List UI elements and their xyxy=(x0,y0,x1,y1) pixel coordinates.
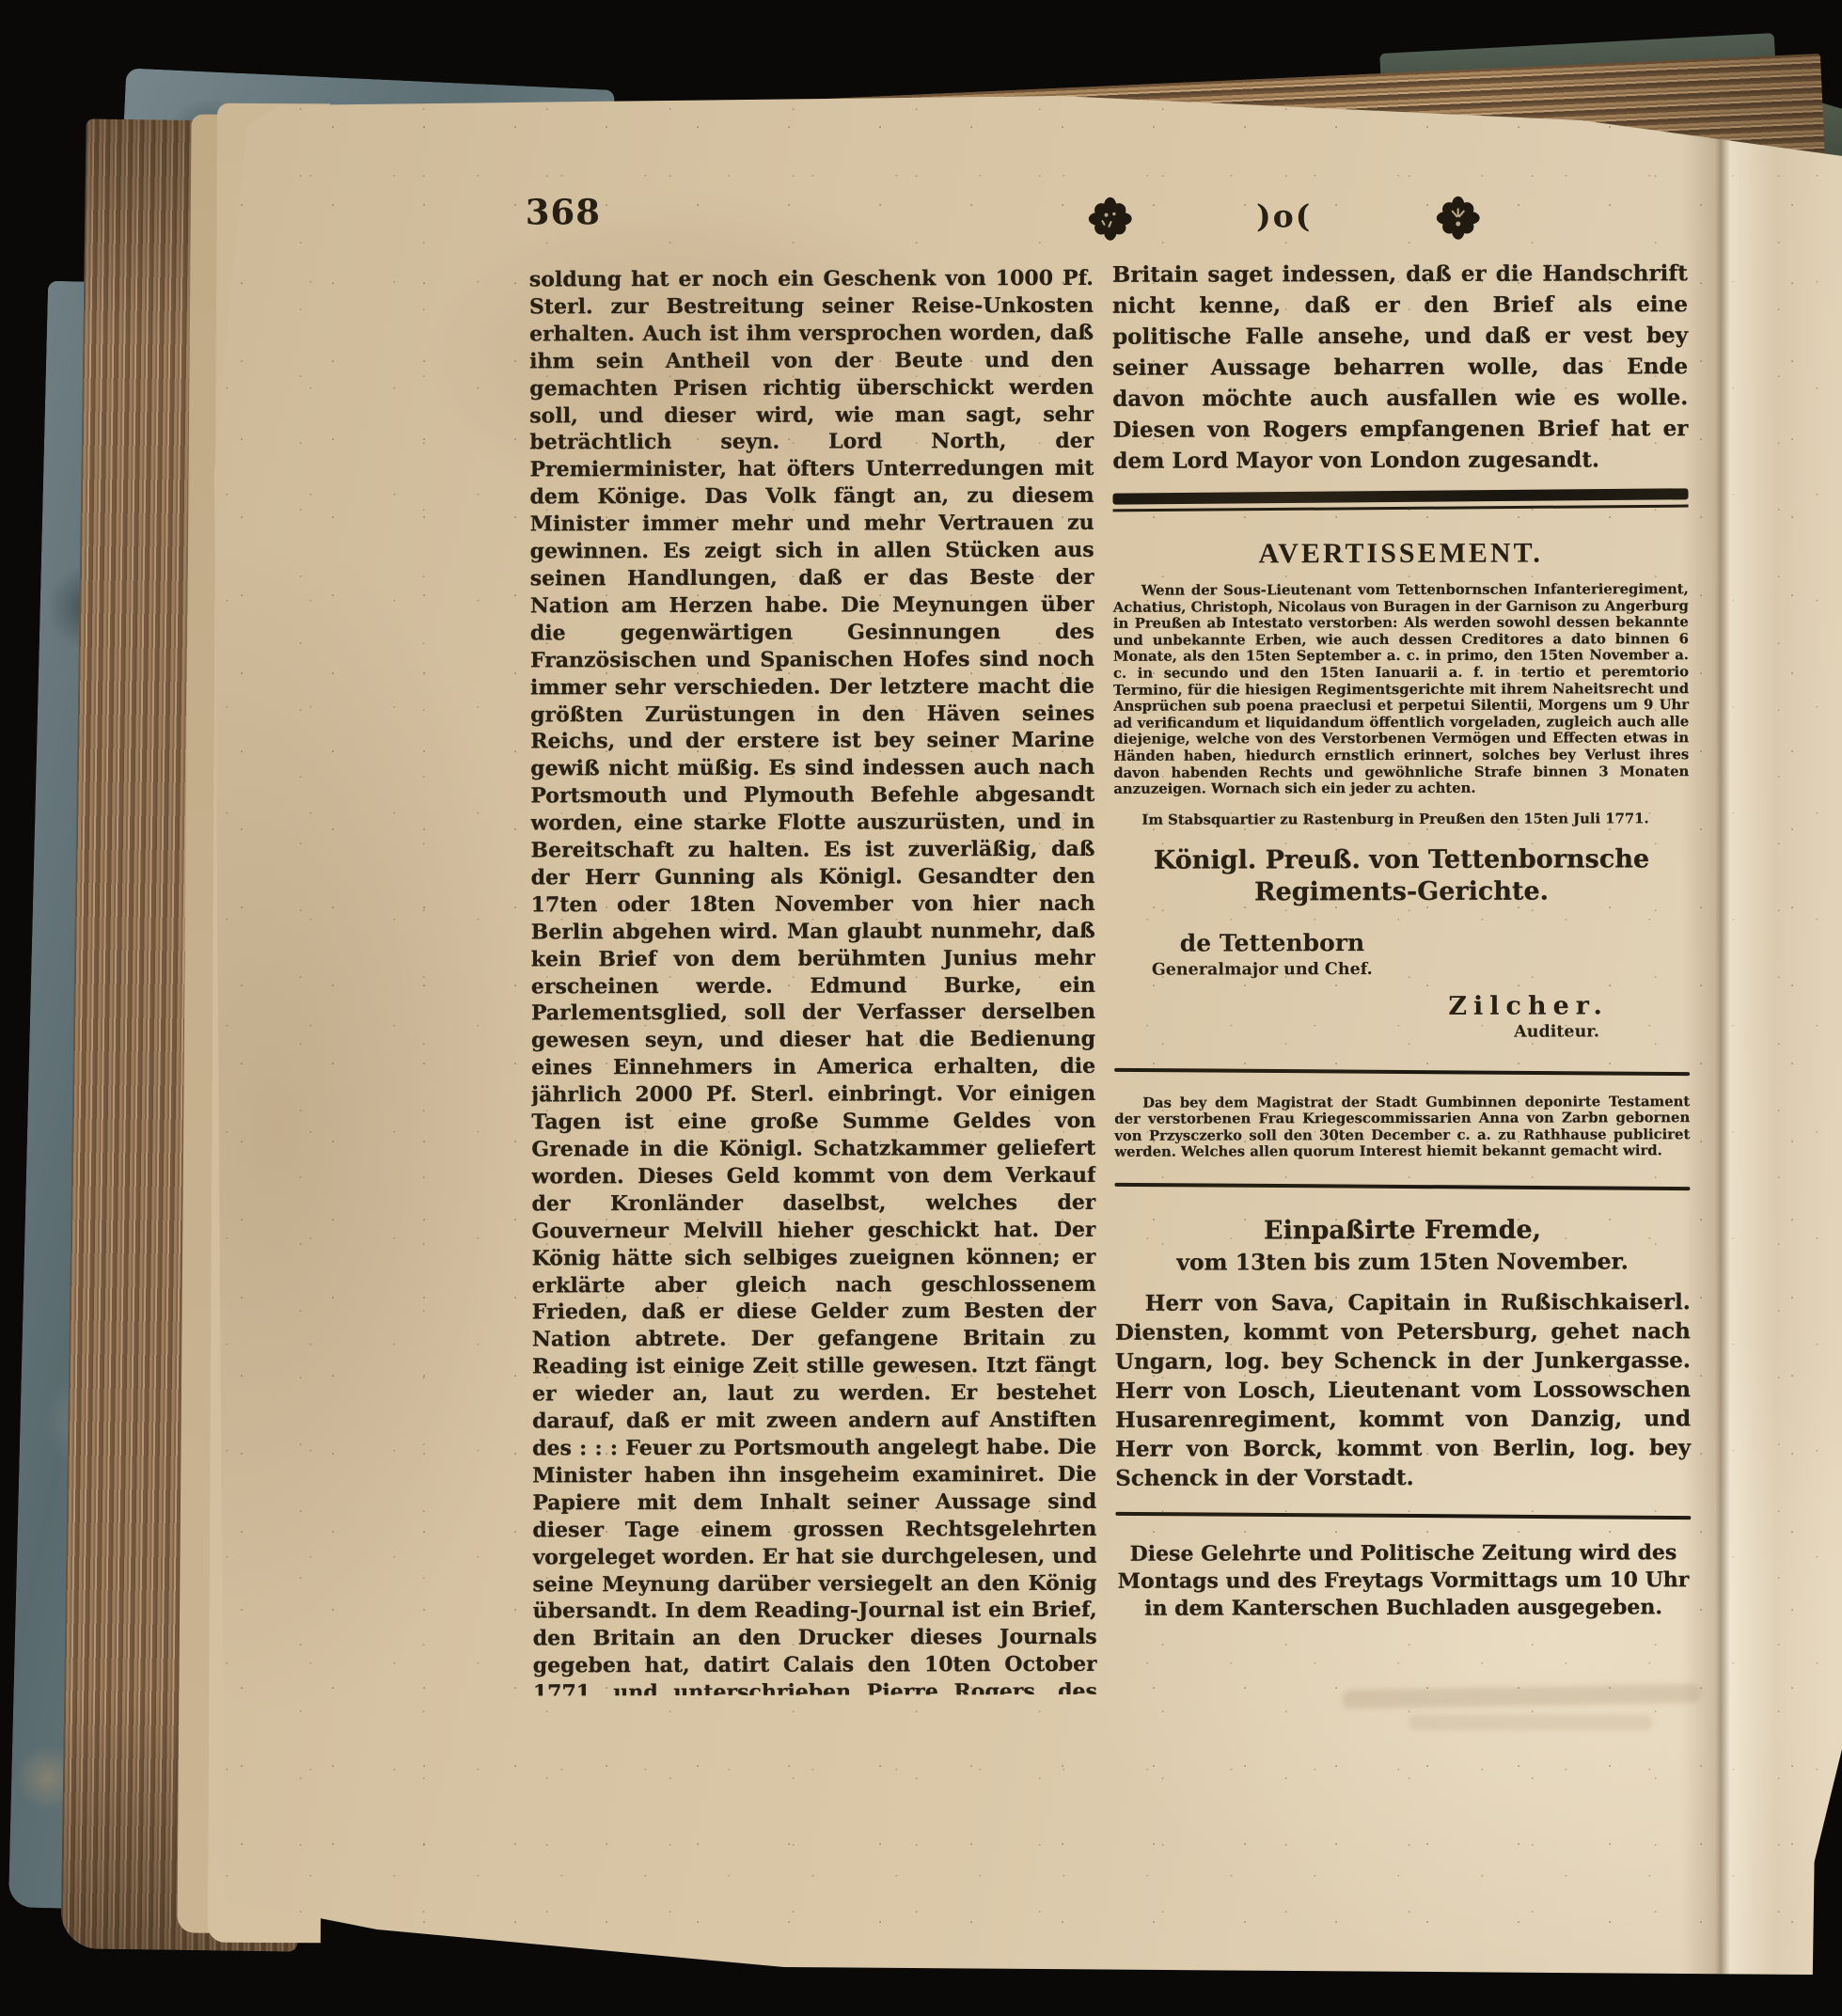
divider-thick-bar xyxy=(1112,488,1688,504)
rosette-icon xyxy=(1087,196,1134,243)
avertissement-heading: AVERTISSEMENT. xyxy=(1113,537,1689,571)
rosette-icon xyxy=(1435,195,1482,242)
arrivals-subheading: vom 13ten bis zum 15ten November. xyxy=(1115,1249,1691,1277)
running-head: )o( xyxy=(1087,185,1482,252)
left-column-text: soldung hat er noch ein Geschenk von 100… xyxy=(529,265,1097,1696)
auditor-title: Auditeur. xyxy=(1114,1023,1599,1043)
book-photo: 368 )o( xyxy=(0,0,1842,2016)
book-page: 368 )o( xyxy=(214,96,1842,1975)
section-divider xyxy=(1114,1183,1690,1190)
header-separator: )o( xyxy=(1256,197,1312,240)
divider-thin-line xyxy=(1113,505,1689,512)
arrivals-heading: Einpaßirte Fremde, xyxy=(1115,1216,1691,1247)
colophon: Diese Gelehrte und Politische Zeitung wi… xyxy=(1115,1539,1691,1623)
avertissement-dateline: Im Stabsquartier zu Rastenburg in Preuße… xyxy=(1113,811,1689,828)
avertissement-body: Wenn der Sous-Lieutenant vom Tettenborns… xyxy=(1113,581,1690,797)
intro-paragraph: Britain saget indessen, daß er die Hands… xyxy=(1112,258,1689,477)
signature-name: de Tettenborn xyxy=(1180,928,1690,956)
auditor-name: Zilcher. xyxy=(1114,991,1609,1021)
printed-content: 368 )o( xyxy=(212,94,1842,1977)
page-number: 368 xyxy=(526,191,601,232)
court-name: Königl. Preuß. von Tettenbornsche Regime… xyxy=(1113,843,1689,909)
signature-title: Generalmajor und Chef. xyxy=(1152,959,1690,979)
section-divider xyxy=(1114,1068,1690,1076)
arrivals-body: Herr von Sava, Capitain in Rußischkaiser… xyxy=(1115,1288,1692,1494)
section-divider xyxy=(1115,1512,1691,1520)
section-divider-double xyxy=(1112,490,1688,511)
right-column: Britain saget indessen, daß er die Hands… xyxy=(1112,258,1692,1623)
testament-notice: Das bey dem Magistrat der Stadt Gumbinne… xyxy=(1114,1094,1690,1161)
